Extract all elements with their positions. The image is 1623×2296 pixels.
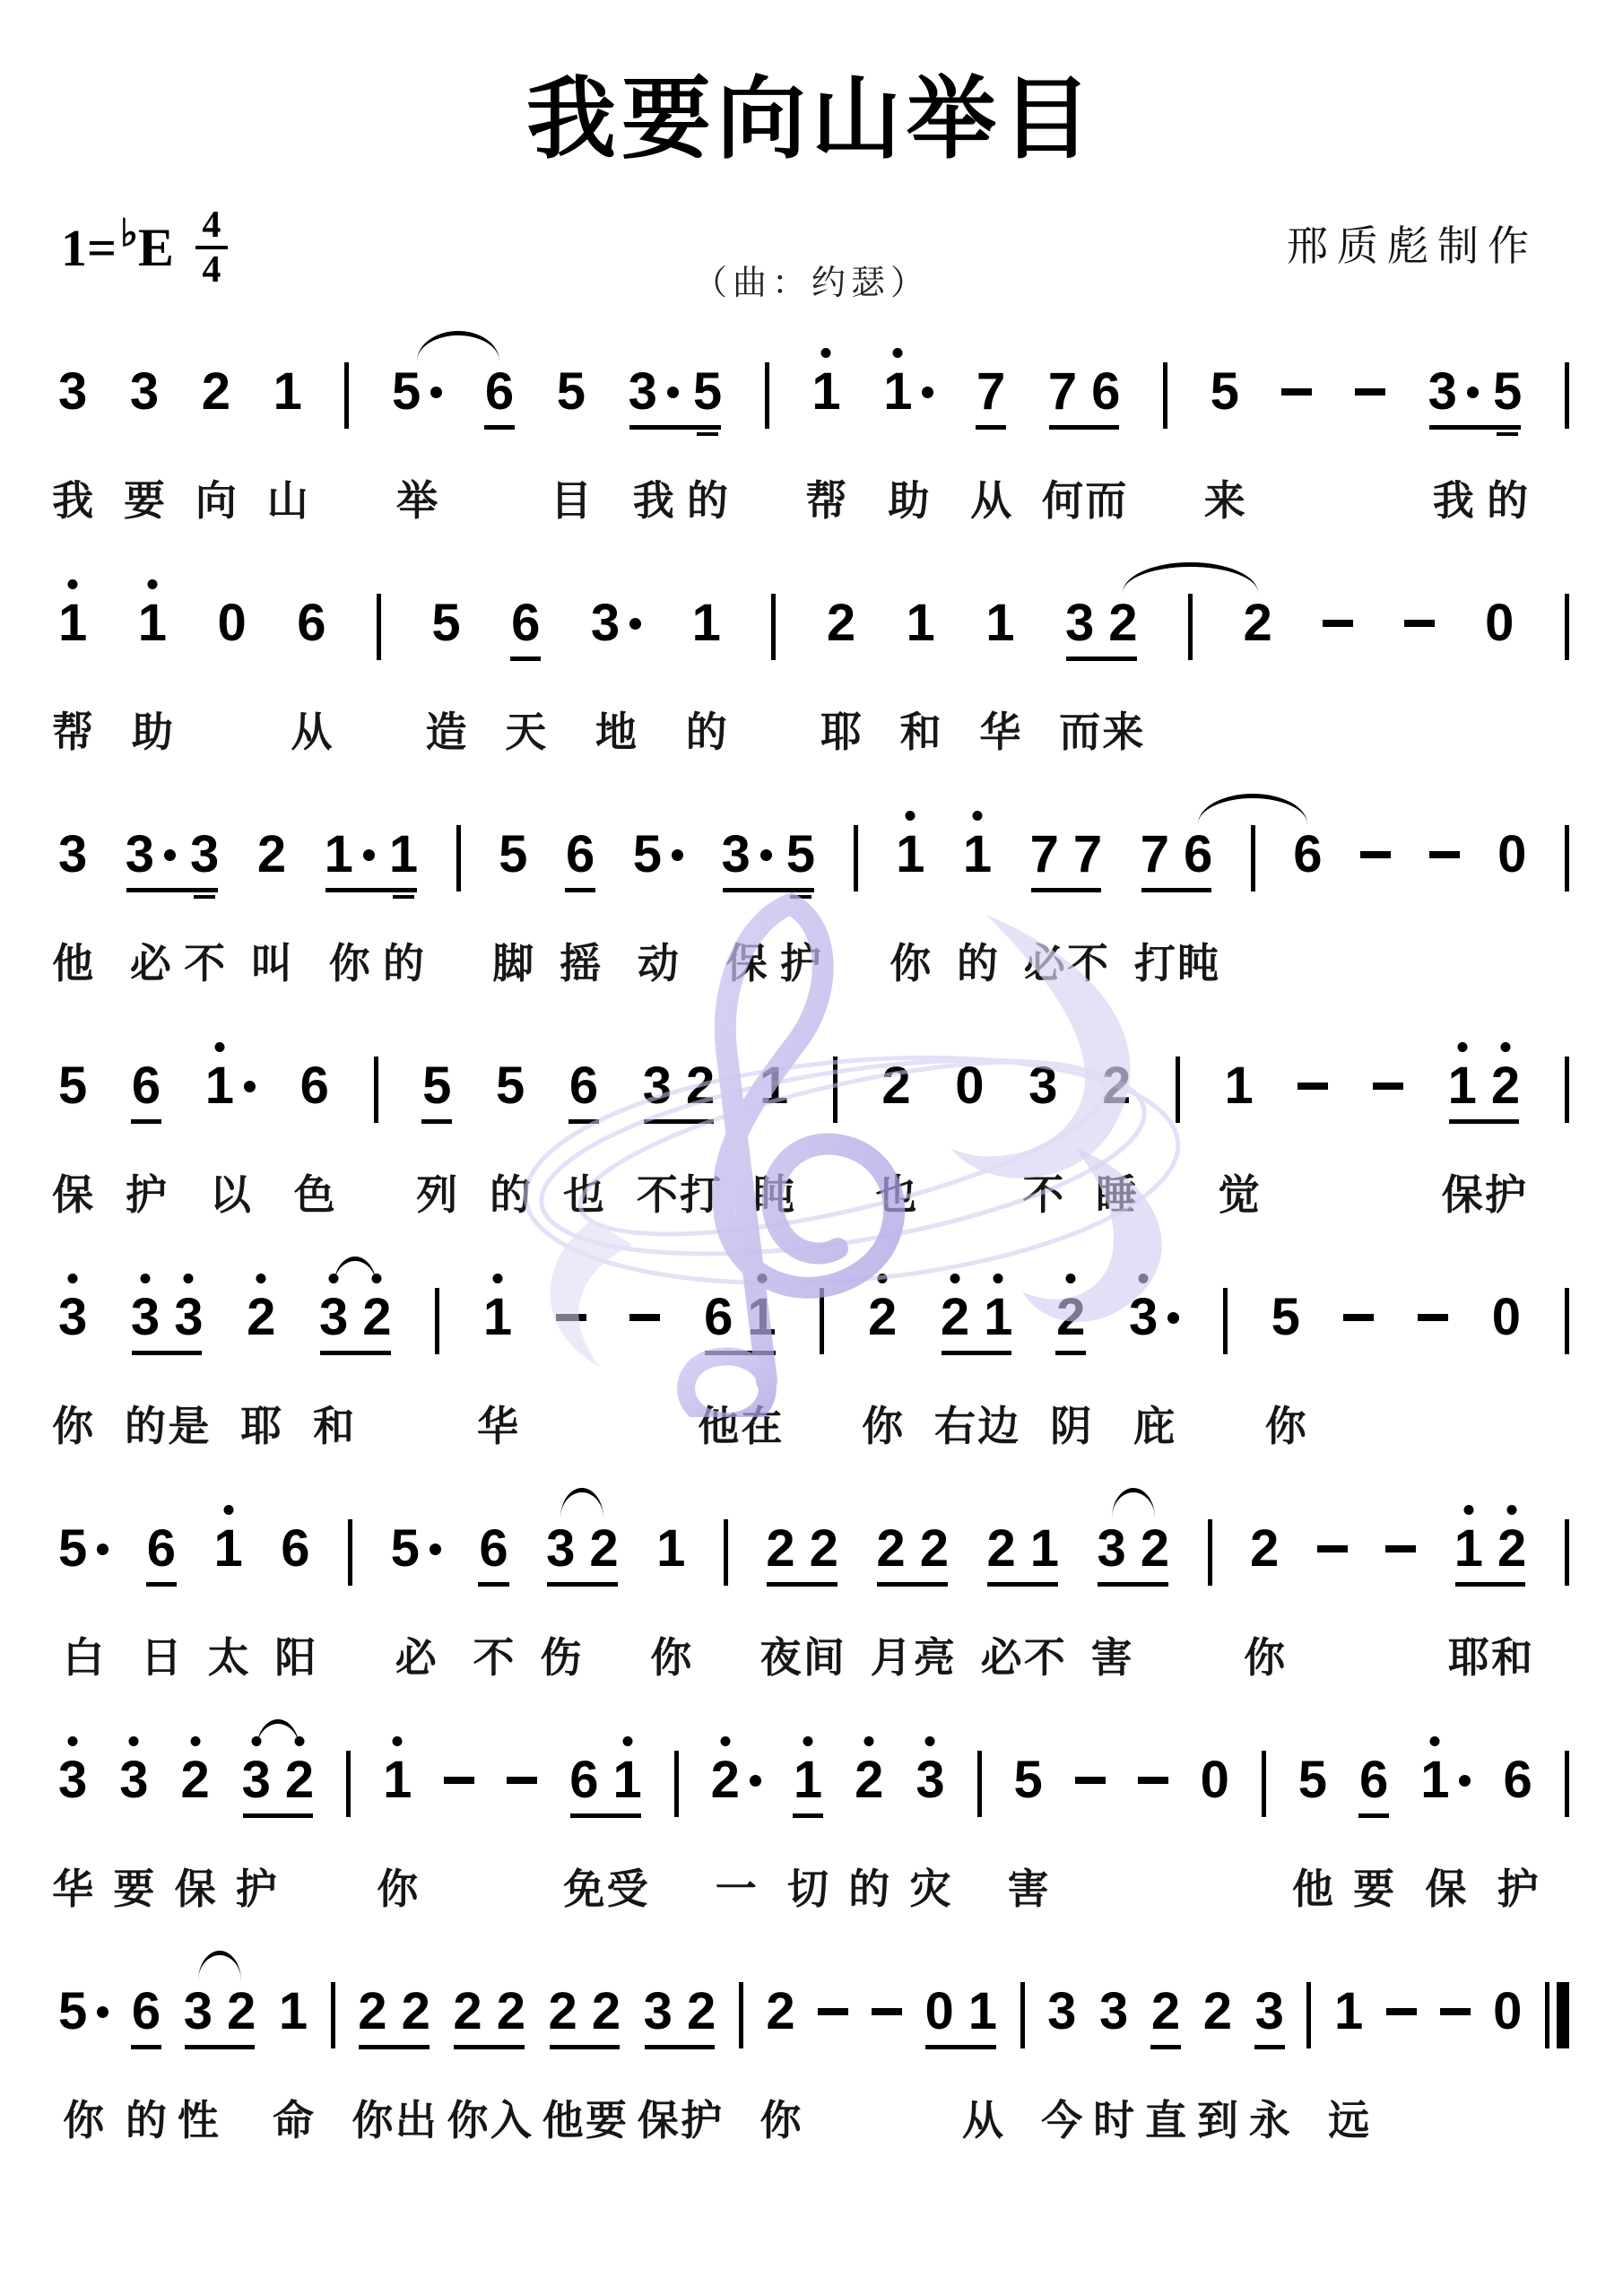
underline-area	[1151, 2041, 1180, 2059]
score-line: 3你3的3是2耶3和21华6他1在2你2右1边2阴3庇5你0	[58, 1256, 1569, 1487]
octave-dot-above	[720, 1736, 730, 1746]
underline-area	[1073, 884, 1102, 902]
note-digit: 5	[1013, 1751, 1042, 1810]
lyric-syllable: 不	[184, 931, 225, 990]
note-digit: 6	[1293, 825, 1322, 884]
beam-group: 3性2	[184, 1982, 256, 2059]
beam-group: 3保5护	[722, 825, 816, 902]
beam-group: 2你2入	[453, 1982, 525, 2059]
note-row: 1	[1454, 1519, 1483, 1578]
lyric-syllable: 造	[426, 700, 467, 759]
note-row: 3	[242, 1751, 271, 1810]
lyric-syllable: 也	[563, 1162, 604, 1222]
beam-underline	[629, 425, 722, 430]
note-digit: 3	[1065, 594, 1094, 653]
note-row: 1	[883, 362, 933, 422]
note-row: 1	[747, 1288, 776, 1347]
beam-underline	[877, 1582, 948, 1587]
note-digit: 5	[693, 362, 722, 422]
note-row: 7	[1073, 825, 1102, 884]
beam-group: 2他2要	[549, 1982, 621, 2059]
beam-group: 3害2	[1097, 1519, 1169, 1596]
note-row: 1	[1030, 1519, 1059, 1578]
note-cell: 5举	[392, 362, 442, 439]
note-digit: 3	[1097, 1519, 1125, 1578]
octave-dot-above	[893, 348, 903, 358]
note-cell: 5害	[1013, 1751, 1042, 1828]
octave-dot-above	[256, 1274, 266, 1283]
note-cell: 1和	[907, 594, 935, 671]
note-cell: 7从	[976, 362, 1005, 439]
note-digit: 6	[569, 1751, 598, 1810]
note-digit: 6	[297, 594, 325, 653]
lyric-syllable: 盹	[1177, 931, 1219, 990]
note-row: 6	[569, 1751, 598, 1810]
note-cell: 3今	[1047, 1982, 1076, 2059]
octave-dot-above	[864, 1736, 874, 1746]
note-digit: 3	[126, 825, 154, 884]
lyric-syllable: 举	[396, 468, 438, 527]
beam-group: 2夜2间	[766, 1519, 838, 1596]
underline-area	[794, 1810, 822, 1828]
barline	[765, 362, 769, 429]
note-cell: 6摇	[566, 825, 595, 902]
lyric-syllable: 不	[1022, 1162, 1063, 1222]
note-row: 0	[1485, 594, 1514, 653]
note-cell: 3时	[1099, 1982, 1128, 2059]
octave-dot-above	[68, 1274, 78, 1283]
octave-dot-above	[214, 1042, 224, 1052]
note-cell: 1太	[214, 1519, 243, 1596]
score-line: 3华3要2保3护21你6免1受2一1切2的3灾5害05他6要1保6护	[58, 1718, 1569, 1950]
duration-dash	[1404, 620, 1435, 627]
note-cell: 5必	[391, 1519, 441, 1596]
tie-arc	[1198, 794, 1307, 824]
duration-dash	[1138, 1777, 1168, 1784]
beam-group: 7必7不	[1030, 825, 1103, 902]
note-row: 0	[217, 594, 246, 653]
lyric-syllable: 助	[888, 468, 929, 527]
octave-dot-above	[803, 1736, 813, 1746]
note-row: 7	[1030, 825, 1059, 884]
lyric-syllable: 护	[681, 2088, 722, 2147]
note-row: 3	[119, 1751, 148, 1810]
lyric-syllable: 要	[586, 2088, 627, 2147]
underline-area	[147, 1578, 176, 1596]
note-row: 0	[1493, 1982, 1522, 2041]
note-digit: 1	[612, 1751, 641, 1810]
lyric-syllable: 时	[1093, 2088, 1134, 2147]
lyric-syllable: 而	[1059, 700, 1100, 759]
underline-area	[1056, 1347, 1085, 1365]
lyric-syllable: 和	[1491, 1625, 1532, 1684]
barline	[1565, 1288, 1569, 1354]
note-row: 6	[569, 1057, 598, 1116]
lyric-syllable: 出	[395, 2088, 437, 2147]
note-digit: 1	[138, 594, 167, 653]
barline	[854, 825, 858, 891]
beam-underline	[1141, 888, 1212, 892]
note-row: 6	[1091, 362, 1120, 422]
note-digit: 5	[431, 594, 460, 653]
lyric-syllable: 间	[803, 1625, 845, 1684]
beam-underline	[942, 1351, 1012, 1355]
beam-underline	[320, 1351, 391, 1355]
lyric-syllable: 护	[126, 1162, 167, 1222]
eighth-underline	[793, 1813, 823, 1818]
underline-area	[924, 2041, 953, 2059]
note-row: 2	[941, 1288, 969, 1347]
duration-dash	[556, 1314, 586, 1321]
underline-area	[916, 1810, 944, 1828]
note-cell: 5列	[422, 1057, 451, 1134]
note-row: 3	[643, 1057, 672, 1116]
augmentation-dot	[363, 849, 375, 861]
note-row: 6	[132, 1057, 161, 1116]
barline	[1565, 362, 1569, 429]
underline-area	[1224, 1116, 1253, 1134]
underline-area	[483, 1347, 512, 1365]
lyric-syllable: 必	[1024, 931, 1065, 990]
lyric-syllable: 切	[787, 1857, 829, 1916]
note-cell: 1你	[383, 1751, 412, 1828]
note-row: 2	[362, 1288, 391, 1347]
note-row: 1	[984, 1288, 1012, 1347]
note-row: 6	[300, 1057, 329, 1116]
sixteenth-underline	[790, 895, 812, 899]
underline-area	[1454, 1578, 1483, 1596]
note-cell: 6也	[569, 1057, 598, 1134]
beam-group: 3伤2	[546, 1519, 619, 1596]
lyric-syllable: 月	[871, 1625, 912, 1684]
duration-dash	[1281, 388, 1312, 396]
tie-arc	[1123, 562, 1257, 593]
note-row: 2	[1243, 594, 1271, 653]
octave-dot-above	[906, 811, 916, 821]
note-cell: 2到	[1203, 1982, 1232, 2059]
note-digit: 2	[402, 1982, 430, 2041]
augmentation-dot	[672, 849, 683, 861]
maker-credit: 邢质彪制作	[1287, 213, 1538, 273]
note-digit: 2	[497, 1982, 525, 2041]
underline-area	[941, 1347, 969, 1365]
underline-area	[1048, 422, 1077, 439]
underline-area	[1108, 653, 1137, 671]
note-row: 3	[130, 362, 159, 422]
note-digit: 6	[704, 1288, 733, 1347]
note-digit: 1	[205, 1057, 234, 1116]
lyric-syllable: 向	[195, 468, 237, 527]
lyric-syllable: 觉	[1219, 1162, 1260, 1222]
underline-area	[968, 2041, 997, 2059]
augmentation-dot	[97, 1544, 108, 1555]
beam-group: 6他1在	[704, 1288, 777, 1365]
lyric-syllable: 今	[1041, 2088, 1082, 2147]
note-digit: 2	[766, 1982, 794, 2041]
note-digit: 1	[811, 362, 840, 422]
underline-area	[693, 422, 722, 439]
underline-area	[692, 653, 721, 671]
lyric-syllable: 你	[890, 931, 931, 990]
note-cell: 5脚	[499, 825, 527, 902]
note-row: 2	[358, 1982, 386, 2041]
underline-area	[511, 653, 540, 671]
underline-area	[1493, 422, 1522, 439]
note-cell: 6色	[300, 1057, 329, 1134]
underline-area	[358, 2041, 386, 2059]
lyric-syllable: 以	[210, 1162, 251, 1222]
note-digit: 1	[963, 825, 992, 884]
underline-area	[300, 1116, 329, 1134]
note-cell: 5的	[496, 1057, 525, 1134]
note-digit: 6	[281, 1519, 309, 1578]
note-digit: 5	[557, 362, 586, 422]
underline-area	[257, 884, 286, 902]
underline-area	[119, 1810, 148, 1828]
note-cell: 2阴	[1056, 1288, 1085, 1365]
underline-area	[557, 422, 586, 439]
lyric-syllable: 到	[1197, 2088, 1238, 2147]
underline-area	[566, 884, 595, 902]
note-digit: 2	[1497, 1519, 1526, 1578]
note-cell: 2也	[881, 1057, 910, 1134]
note-row: 2	[549, 1982, 577, 2041]
underline-area	[132, 1116, 161, 1134]
note-digit: 1	[656, 1519, 685, 1578]
augmentation-dot	[1459, 1775, 1471, 1787]
lyric-syllable: 来	[1102, 700, 1143, 759]
note-row: 1	[692, 594, 721, 653]
note-cell: 1远	[1334, 1982, 1363, 2059]
barline	[331, 1982, 335, 2048]
note-digit: 2	[1491, 1057, 1520, 1116]
lyric-syllable: 命	[273, 2088, 314, 2147]
augmentation-dot	[244, 1081, 256, 1092]
lyric-syllable: 伤	[540, 1625, 581, 1684]
lyric-syllable: 要	[124, 468, 165, 527]
underline-area	[58, 422, 87, 439]
note-row: 5	[391, 1519, 441, 1578]
beam-underline	[570, 1813, 641, 1818]
note-digit: 2	[1203, 1982, 1232, 2041]
underline-area	[214, 1578, 243, 1596]
note-row: 2	[1141, 1519, 1169, 1578]
barline	[346, 1751, 351, 1817]
underline-area	[1503, 1810, 1532, 1828]
note-cell: 2	[1243, 594, 1271, 671]
note-row: 6	[1184, 825, 1212, 884]
note-row: 6	[1293, 825, 1322, 884]
lyric-syllable: 太	[208, 1625, 249, 1684]
note-digit: 3	[1129, 1288, 1158, 1347]
beam-group: 3护2	[242, 1751, 315, 1828]
underline-area	[920, 1578, 949, 1596]
barline	[1565, 825, 1569, 891]
underline-area	[569, 1116, 598, 1134]
note-digit: 6	[569, 1057, 598, 1116]
note-row: 6	[297, 594, 325, 653]
underline-area	[592, 2041, 621, 2059]
note-cell: 1切	[794, 1751, 822, 1828]
note-digit: 1	[483, 1288, 512, 1347]
final-barline	[1545, 1982, 1569, 2048]
underline-area	[58, 1116, 87, 1134]
lyric-syllable: 他	[52, 931, 93, 990]
beam-underline	[325, 888, 418, 892]
underline-area	[1448, 1116, 1477, 1134]
note-digit: 2	[1108, 594, 1137, 653]
note-row: 6	[132, 1982, 161, 2041]
underline-area	[722, 884, 772, 902]
note-digit: 6	[479, 1519, 508, 1578]
note-row: 1	[1420, 1751, 1471, 1810]
note-digit: 2	[1102, 1057, 1131, 1116]
eighth-underline	[478, 1582, 508, 1587]
note-cell: 5造	[431, 594, 460, 671]
underline-area	[1030, 884, 1059, 902]
duration-dash	[1386, 2008, 1417, 2015]
lyric-syllable: 打	[680, 1162, 721, 1222]
note-row: 2	[687, 1982, 716, 2041]
note-cell: 3永	[1255, 1982, 1284, 2059]
underline-area	[1359, 1810, 1388, 1828]
duration-dash	[1373, 1083, 1403, 1090]
notes-row: 3华3要2保3护21你6免1受2一1切2的3灾5害05他6要1保6护	[58, 1718, 1569, 1828]
note-row: 2	[180, 1751, 209, 1810]
underline-area	[1420, 1810, 1471, 1828]
lyric-syllable: 的	[687, 468, 728, 527]
score-line: 5保6护1以6色5列5的6也3不2打1盹2也03不2睡1觉1保2护	[58, 1024, 1569, 1256]
underline-area	[285, 1810, 314, 1828]
underline-area	[297, 653, 325, 671]
note-digit: 5	[499, 825, 527, 884]
barline	[1565, 1519, 1569, 1586]
underline-area	[1334, 2041, 1363, 2059]
note-cell: 3地	[591, 594, 641, 671]
note-digit: 5	[391, 1519, 420, 1578]
note-row: 3	[1028, 1057, 1057, 1116]
beam-group: 3必3不	[126, 825, 220, 902]
underline-area	[1250, 1578, 1279, 1596]
underline-area	[629, 422, 679, 439]
note-cell: 2直	[1151, 1982, 1180, 2059]
underline-area	[896, 884, 924, 902]
beam-group: 3我5的	[629, 362, 723, 439]
note-digit: 6	[566, 825, 595, 884]
beam-group: 2必1不	[986, 1519, 1059, 1596]
note-row: 5	[58, 1519, 108, 1578]
note-cell: 1的	[692, 594, 721, 671]
note-row: 2	[920, 1519, 949, 1578]
note-cell: 2你	[1250, 1519, 1279, 1596]
note-cell: 6不	[479, 1519, 508, 1596]
note-digit: 1	[1448, 1057, 1477, 1116]
note-digit: 2	[592, 1982, 621, 2041]
lyric-syllable: 保	[175, 1857, 216, 1916]
lyric-syllable: 你	[760, 2088, 802, 2147]
note-row: 2	[202, 362, 230, 422]
underline-area	[766, 2041, 794, 2059]
note-digit: 2	[920, 1519, 949, 1578]
note-cell: 0	[955, 1057, 984, 1134]
note-cell: 1你	[656, 1519, 685, 1596]
note-row: 5	[1013, 1751, 1042, 1810]
note-digit: 5	[422, 1057, 451, 1116]
underline-area	[786, 884, 815, 902]
note-digit: 2	[986, 1519, 1015, 1578]
lyric-syllable: 要	[113, 1857, 154, 1916]
duration-dash	[1075, 1777, 1106, 1784]
eighth-underline	[484, 425, 515, 430]
lyric-syllable: 的	[686, 700, 727, 759]
note-cell: 2向	[202, 362, 230, 439]
lyric-syllable: 夜	[760, 1625, 802, 1684]
lyric-syllable: 你	[1244, 1625, 1285, 1684]
beam-underline	[454, 2045, 525, 2049]
note-cell: 3不	[1028, 1057, 1057, 1134]
note-digit: 2	[257, 825, 286, 884]
lyric-syllable: 一	[716, 1857, 757, 1916]
duration-dash	[1429, 851, 1460, 858]
duration-dash	[1355, 388, 1385, 396]
note-row: 1	[325, 825, 375, 884]
eighth-underline	[1358, 1813, 1389, 1818]
underline-area	[180, 1810, 209, 1828]
score-line: 1帮1助06从5造6天3地1的2耶1和1华3而2来20	[58, 561, 1569, 793]
lyric-syllable: 和	[900, 700, 942, 759]
note-row: 5	[499, 825, 527, 884]
duration-dash	[1360, 851, 1391, 858]
note-digit: 7	[1030, 825, 1059, 884]
score: 3我3要2向1山5举65目3我5的1帮1助7从7何6而5来3我5的1帮1助06从…	[58, 330, 1569, 2181]
eighth-underline	[131, 1119, 161, 1124]
note-row: 1	[1448, 1057, 1477, 1116]
note-digit: 6	[1359, 1751, 1388, 1810]
underline-area	[392, 422, 442, 439]
lyric-syllable: 耶	[1448, 1625, 1489, 1684]
note-row: 5	[431, 594, 460, 653]
note-digit: 3	[591, 594, 620, 653]
note-row: 3	[1129, 1288, 1179, 1347]
note-row: 3	[1047, 1982, 1076, 2041]
beam-underline	[547, 1582, 618, 1587]
lyric-syllable: 你	[377, 1857, 418, 1916]
lyric-syllable: 而	[1085, 468, 1126, 527]
underline-area	[422, 1116, 451, 1134]
note-digit: 2	[180, 1751, 209, 1810]
underline-area	[1091, 422, 1120, 439]
lyric-syllable: 保	[638, 2088, 679, 2147]
note-cell: 5来	[1211, 362, 1239, 439]
underline-area	[984, 1347, 1012, 1365]
underline-area	[759, 1116, 788, 1134]
underline-area	[389, 884, 418, 902]
underline-area	[1271, 1347, 1300, 1365]
note-digit: 2	[1141, 1519, 1169, 1578]
lyric-syllable: 日	[141, 1625, 182, 1684]
note-row: 2	[402, 1982, 430, 2041]
lyric-syllable: 摇	[560, 931, 601, 990]
underline-area	[247, 1347, 275, 1365]
note-row: 3	[184, 1982, 213, 2041]
note-digit: 3	[1028, 1057, 1057, 1116]
underline-area	[643, 1116, 672, 1134]
duration-dash	[818, 2008, 848, 2015]
beam-group: 2你2出	[358, 1982, 430, 2059]
octave-dot-above	[1066, 1274, 1076, 1283]
barline	[833, 1057, 838, 1123]
lyric-syllable: 白	[63, 1625, 104, 1684]
